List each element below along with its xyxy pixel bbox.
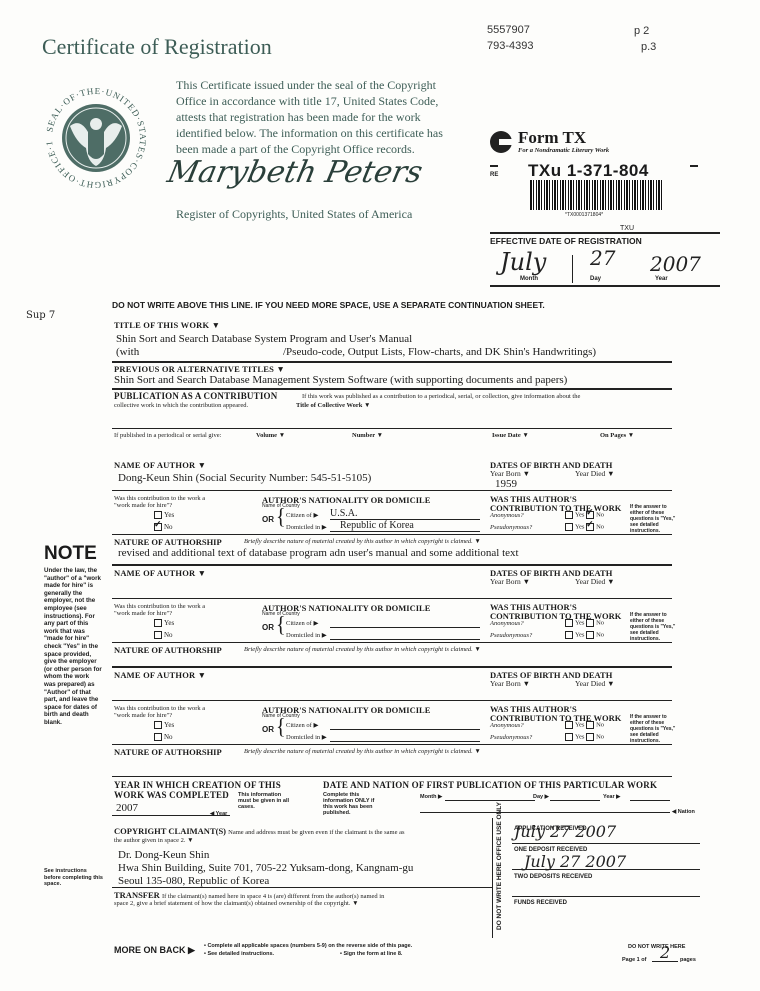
class-label: TXU (620, 225, 634, 232)
author-name-label: NAME OF AUTHOR ▼ (114, 568, 206, 578)
pseudonymous-yes-label: Yes (575, 523, 584, 530)
title-line-1[interactable]: Shin Sort and Search Database System Pro… (116, 333, 412, 345)
hire-question: Was this contribution to the work a (114, 603, 205, 610)
copyright-office-seal-icon: SEAL·OF·THE·UNITED·STATES·COPYRIGHT·OFFI… (40, 82, 152, 194)
pseudonymous-yes-checkbox[interactable] (565, 523, 573, 531)
copyright-c-logo-icon (490, 131, 512, 153)
pseudonymous-yes-label: Yes (575, 733, 584, 740)
title-line-2b[interactable]: /Pseudo-code, Output Lists, Flow-charts,… (283, 346, 596, 358)
citizen-label: Citizen of ▶ (286, 721, 318, 729)
hire-no-option[interactable]: No (154, 631, 173, 639)
citizen-label: Citizen of ▶ (286, 619, 318, 627)
title-line-2a[interactable]: (with (116, 346, 139, 358)
claimant-desc: Name and address must be given even if t… (228, 829, 404, 836)
hire-no-label: No (164, 631, 173, 639)
transfer-desc: If the claimant(s) named here in space 4… (162, 893, 384, 900)
transfer-desc-2: space 2, give a brief statement of how t… (114, 900, 359, 907)
claimant-line-1[interactable]: Dr. Dong-Keun Shin (118, 849, 209, 861)
nature-desc: Briefly describe nature of material crea… (244, 538, 481, 545)
hire-no-label: No (164, 523, 173, 531)
office-use-label: DO NOT WRITE HERE OFFICE USE ONLY (496, 802, 503, 930)
number-label: Number ▼ (352, 432, 383, 439)
title-label: TITLE OF THIS WORK ▼ (114, 320, 220, 330)
hire-yes-option[interactable]: Yes (154, 619, 174, 627)
year-born[interactable]: 1959 (495, 478, 517, 490)
divider (112, 534, 672, 535)
hire-question-2: "work made for hire"? (114, 502, 172, 509)
hire-question-2: "work made for hire"? (114, 712, 172, 719)
nature-label: NATURE OF AUTHORSHIP (114, 645, 222, 655)
anonymous-yes-checkbox[interactable] (565, 721, 573, 729)
anonymous-no-checkbox[interactable] (586, 619, 594, 627)
creation-label-2: WORK WAS COMPLETED (114, 790, 229, 800)
domiciled-value[interactable]: Republic of Korea (340, 520, 414, 531)
or-label: OR (262, 515, 274, 524)
pseudonymous-options[interactable]: Yes No (565, 733, 604, 741)
anonymous-no-label: No (596, 511, 604, 518)
author-name[interactable]: Dong-Keun Shin (Social Security Number: … (118, 472, 371, 484)
contribution-note: If the answer to either of these questio… (630, 504, 678, 534)
author-name-label: NAME OF AUTHOR ▼ (114, 670, 206, 680)
form-subtitle: For a Nondramatic Literary Work (518, 147, 609, 154)
anonymous-yes-checkbox[interactable] (565, 619, 573, 627)
effective-date-label: EFFECTIVE DATE OF REGISTRATION (490, 236, 642, 246)
anonymous-label: Anonymous? (490, 620, 524, 627)
publication-desc: If this work was published as a contribu… (302, 393, 580, 400)
divider (112, 598, 672, 599)
first-publication-label: DATE AND NATION OF FIRST PUBLICATION OF … (323, 780, 657, 790)
hire-no-checkbox[interactable] (154, 733, 162, 741)
reg-prefix: RE (490, 172, 498, 178)
anonymous-options[interactable]: Yes No (565, 721, 604, 729)
fax-page-a: p 2 (634, 25, 649, 37)
transfer-label: TRANSFER (114, 890, 160, 900)
two-deposits-label: TWO DEPOSITS RECEIVED (514, 874, 592, 880)
hire-yes-label: Yes (164, 721, 174, 729)
margin-mark: Sup 7 (26, 310, 55, 321)
fax-page-b: p.3 (641, 41, 656, 53)
hire-no-option[interactable]: No (154, 733, 173, 741)
divider (112, 642, 672, 643)
creation-year[interactable]: 2007 (116, 802, 138, 814)
effective-day: 27 (590, 246, 615, 270)
divider (112, 564, 672, 566)
pseudonymous-options[interactable]: Yes No (565, 631, 604, 639)
domiciled-label: Domiciled in ▶ (286, 733, 327, 741)
fax-number-1: 5557907 (487, 24, 530, 36)
pseudonymous-no-checkbox[interactable] (586, 733, 594, 741)
citizen-label: Citizen of ▶ (286, 511, 318, 519)
hire-no-checkbox[interactable] (154, 523, 162, 531)
effective-month: July (500, 248, 546, 276)
year-born-label: Year Born ▼ (490, 469, 530, 478)
divider (330, 729, 480, 730)
author-name-label: NAME OF AUTHOR ▼ (114, 460, 206, 470)
pseudonymous-no-label: No (596, 631, 604, 638)
publication-label: PUBLICATION AS A CONTRIBUTION (114, 391, 277, 401)
claimant-label: COPYRIGHT CLAIMANT(S) (114, 826, 226, 836)
year-born-label: Year Born ▼ (490, 679, 530, 688)
claimant-line-3[interactable]: Seoul 135-080, Republic of Korea (118, 875, 269, 887)
footer-bullet-3: • Sign the form at line 8. (340, 951, 402, 957)
or-label: OR (262, 725, 274, 734)
funds-received-label: FUNDS RECEIVED (514, 900, 567, 906)
form-name: Form TX (518, 128, 586, 148)
register-label: Register of Copyrights, United States of… (176, 207, 412, 222)
divider (112, 666, 672, 668)
footer-page-total: 2 (660, 943, 670, 962)
creation-label-1: YEAR IN WHICH CREATION OF THIS (114, 780, 281, 790)
nature-desc: Briefly describe nature of material crea… (244, 748, 481, 755)
anonymous-yes-label: Yes (575, 511, 584, 518)
pub-year-label: Year ▶ (603, 794, 620, 800)
pub-nation-label: ◀ Nation (672, 809, 695, 815)
transfer-heading: TRANSFER If the claimant(s) named here i… (114, 890, 384, 900)
divider (330, 627, 480, 628)
pseudonymous-yes-label: Yes (575, 631, 584, 638)
hire-yes-option[interactable]: Yes (154, 511, 174, 519)
brace: { (276, 716, 286, 738)
year-died-label: Year Died ▼ (575, 679, 615, 688)
pseudonymous-no-label: No (596, 523, 604, 530)
hire-question: Was this contribution to the work a (114, 705, 205, 712)
footer-bullet-1: • Complete all applicable spaces (number… (204, 943, 412, 949)
anonymous-no-label: No (596, 721, 604, 728)
divider (112, 490, 672, 491)
nature-value[interactable]: revised and additional text of database … (118, 547, 519, 559)
intro-line: Office in accordance with title 17, Unit… (176, 93, 458, 109)
hire-yes-checkbox[interactable] (154, 511, 162, 519)
brace: { (276, 614, 286, 636)
divider (330, 741, 480, 742)
anonymous-yes-label: Yes (575, 619, 584, 626)
hire-yes-label: Yes (164, 619, 174, 627)
divider (112, 700, 672, 701)
divider (330, 531, 480, 532)
nature-desc: Briefly describe nature of material crea… (244, 646, 481, 653)
effective-year: 2007 (650, 252, 701, 276)
hire-yes-checkbox[interactable] (154, 619, 162, 627)
contribution-note: If the answer to either of these questio… (630, 612, 678, 642)
intro-line: This Certificate issued under the seal o… (176, 77, 458, 93)
year-label: Year (655, 276, 668, 282)
issue-date-label: Issue Date ▼ (492, 432, 529, 439)
year-died-label: Year Died ▼ (575, 577, 615, 586)
registration-number: TXu 1-371-804 (528, 161, 649, 181)
claimant-desc-2: the author given in space 2. ▼ (114, 837, 194, 844)
hire-yes-option[interactable]: Yes (154, 721, 174, 729)
divider (112, 744, 672, 745)
pseudonymous-label: Pseudonymous? (490, 524, 532, 531)
pseudonymous-yes-checkbox[interactable] (565, 631, 573, 639)
nature-label: NATURE OF AUTHORSHIP (114, 747, 222, 757)
note-text: Under the law, the "author" of a "work m… (44, 567, 102, 726)
citizen-value[interactable]: U.S.A. (330, 508, 358, 519)
or-label: OR (262, 623, 274, 632)
anonymous-label: Anonymous? (490, 722, 524, 729)
intro-line: identified below. The information on thi… (176, 125, 458, 141)
hire-no-option[interactable]: No (154, 523, 173, 531)
pseudonymous-no-checkbox[interactable] (586, 631, 594, 639)
first-publication-info: Complete this information ONLY if this w… (323, 792, 381, 816)
footer-do-not-write: DO NOT WRITE HERE (628, 944, 685, 950)
footer-page-label-a: Page 1 of (622, 957, 646, 963)
note-title: NOTE (44, 543, 97, 565)
creation-info: This information must be given in all ca… (238, 792, 290, 810)
divider (330, 639, 480, 640)
domiciled-label: Domiciled in ▶ (286, 523, 327, 531)
collective-work-label: Title of Collective Work ▼ (296, 402, 370, 409)
anonymous-label: Anonymous? (490, 512, 524, 519)
fax-number-2: 793-4393 (487, 40, 534, 52)
pseudonymous-no-label: No (596, 733, 604, 740)
hire-no-label: No (164, 733, 173, 741)
anonymous-no-label: No (596, 619, 604, 626)
pub-month-label: Month ▶ (420, 794, 442, 800)
year-born-label: Year Born ▼ (490, 577, 530, 586)
barcode (530, 180, 663, 210)
pseudonymous-no-checkbox[interactable] (586, 523, 594, 531)
pseudonymous-options[interactable]: Yes No (565, 523, 604, 531)
footer-bullet-2: • See detailed instructions. (204, 951, 274, 957)
pseudonymous-label: Pseudonymous? (490, 734, 532, 741)
claimant-heading: COPYRIGHT CLAIMANT(S) Name and address m… (114, 826, 405, 836)
previous-titles-value[interactable]: Shin Sort and Search Database Management… (114, 374, 567, 386)
anonymous-yes-label: Yes (575, 721, 584, 728)
app-received-date: July 27 2007 (514, 822, 616, 841)
hire-yes-label: Yes (164, 511, 174, 519)
register-signature: Marybeth Peters (164, 155, 425, 190)
on-pages-label: On Pages ▼ (600, 432, 634, 439)
intro-line: attests that registration has been made … (176, 109, 458, 125)
hire-question-2: "work made for hire"? (114, 610, 172, 617)
claimant-line-2[interactable]: Hwa Shin Building, Suite 701, 705-22 Yuk… (118, 862, 413, 874)
contribution-note: If the answer to either of these questio… (630, 714, 678, 744)
brace: { (276, 506, 286, 528)
certificate-intro: This Certificate issued under the seal o… (176, 77, 458, 157)
nature-label: NATURE OF AUTHORSHIP (114, 537, 222, 547)
barcode-number: *TX0001371804* (565, 212, 603, 218)
footer-page-label-b: pages (680, 957, 696, 963)
anonymous-no-checkbox[interactable] (586, 721, 594, 729)
year-died-label: Year Died ▼ (575, 469, 615, 478)
day-label: Day (590, 276, 601, 282)
anonymous-options[interactable]: Yes No (565, 511, 604, 519)
previous-titles-label: PREVIOUS OR ALTERNATIVE TITLES ▼ (114, 364, 285, 374)
anonymous-no-checkbox[interactable] (586, 511, 594, 519)
pseudonymous-yes-checkbox[interactable] (565, 733, 573, 741)
hire-no-checkbox[interactable] (154, 631, 162, 639)
periodical-label: If published in a periodical or serial g… (114, 432, 221, 439)
certificate-title: Certificate of Registration (42, 34, 272, 60)
hire-question: Was this contribution to the work a (114, 495, 205, 502)
anonymous-options[interactable]: Yes No (565, 619, 604, 627)
pub-day-label: Day ▶ (533, 794, 549, 800)
domiciled-label: Domiciled in ▶ (286, 631, 327, 639)
more-on-back: MORE ON BACK ▶ (114, 945, 195, 956)
creation-year-tag: ◀ Year (210, 811, 227, 817)
do-not-write-notice: DO NOT WRITE ABOVE THIS LINE. IF YOU NEE… (112, 300, 545, 310)
publication-desc-2: collective work in which the contributio… (114, 402, 248, 409)
anonymous-yes-checkbox[interactable] (565, 511, 573, 519)
see-instructions: See instructions before completing this … (44, 868, 104, 888)
volume-label: Volume ▼ (256, 432, 285, 439)
pseudonymous-label: Pseudonymous? (490, 632, 532, 639)
hire-yes-checkbox[interactable] (154, 721, 162, 729)
month-label: Month (520, 276, 538, 282)
